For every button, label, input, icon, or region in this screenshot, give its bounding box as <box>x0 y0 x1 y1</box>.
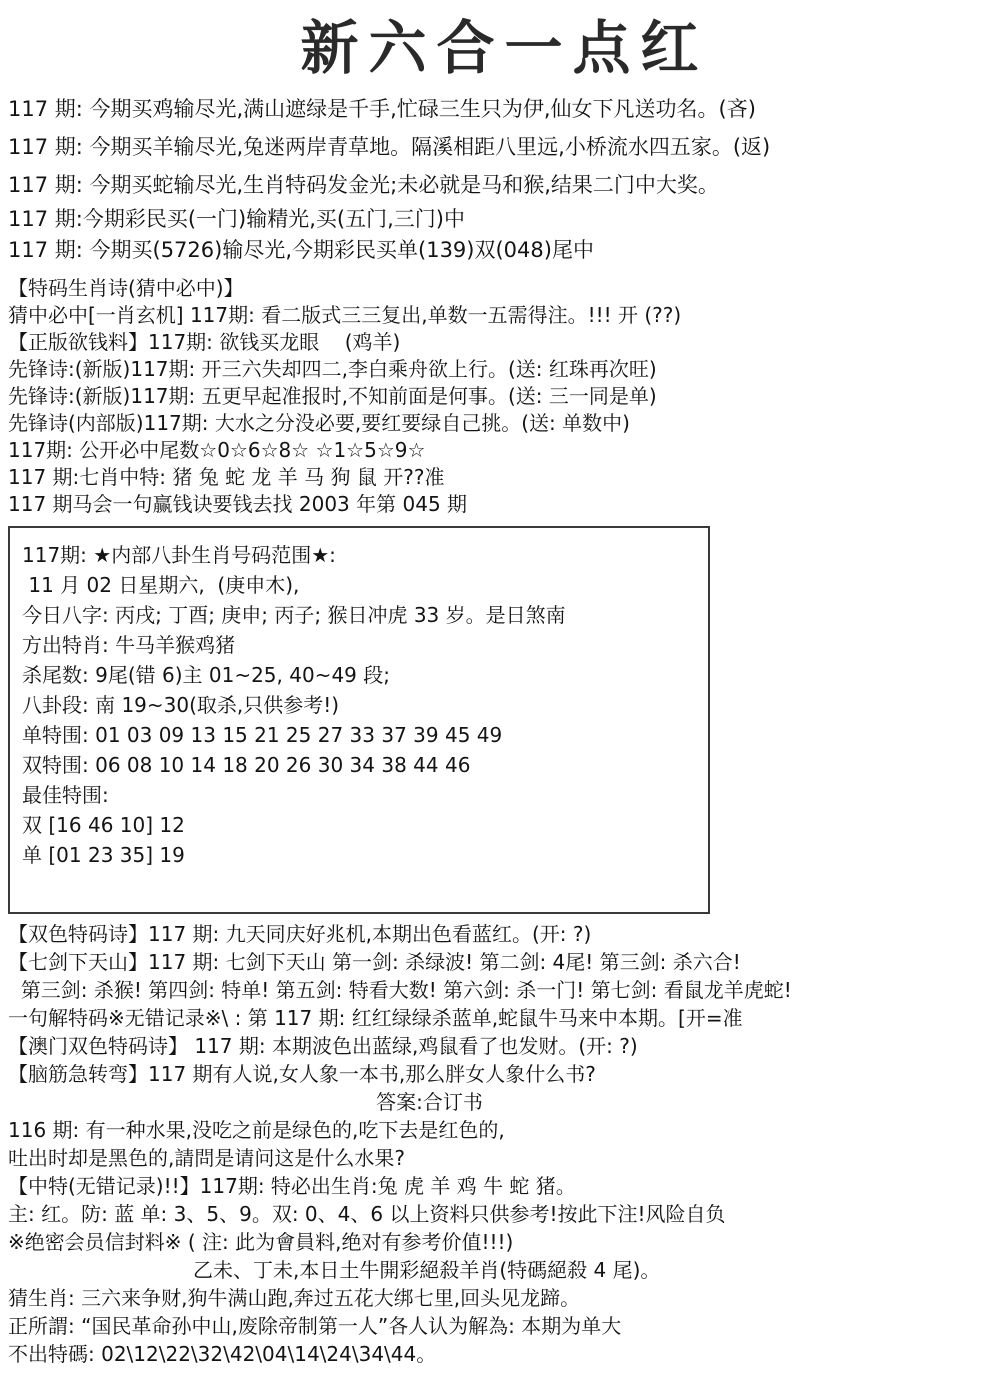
excluded-numbers-line: 不出特碼: 02\12\22\32\42\04\14\24\34\44。 <box>8 1340 1001 1368</box>
section-header-shengxiao-poem: 【特码生肖诗(猜中必中)】 <box>8 275 1001 302</box>
seven-zodiac-line: 117 期:七肖中特: 猪 兔 蛇 龙 羊 马 狗 鼠 开??准 <box>8 464 1001 491</box>
macau-two-color-line: 【澳门双色特码诗】 117 期: 本期波色出蓝绿,鸡鼠看了也发财。(开: ?) <box>8 1032 1001 1060</box>
yuqian-line: 【正版欲钱料】117期: 欲钱买龙眼 (鸡羊) <box>8 329 1001 356</box>
xianfeng-poem-line-3: 先锋诗(内部版)117期: 大水之分没必要,要红要绿自己挑。(送: 单数中) <box>8 410 1001 437</box>
tail-numbers-line: 117期: 公开必中尾数☆0☆6☆8☆ ☆1☆5☆9☆ <box>8 437 1001 464</box>
box-texiao-line: 方出特肖: 牛马羊猴鸡猪 <box>22 630 698 660</box>
seven-swords-line-1: 【七剑下天山】117 期: 七剑下天山 第一剑: 杀绿波! 第二剑: 4尾! 第… <box>8 948 1001 976</box>
poem-line-gates: 117 期:今期彩民买(一门)输精光,买(五门,三门)中 <box>8 204 1001 235</box>
tips-section: 【特码生肖诗(猜中必中)】 猜中必中[一肖玄机] 117期: 看二版式三三复出,… <box>8 275 1001 518</box>
brain-teaser-question-116-part1: 116 期: 有一种水果,没吃之前是绿色的,吃下去是红色的, <box>8 1116 1001 1144</box>
box-baguaduan-line: 八卦段: 南 19~30(取杀,只供参考!) <box>22 690 698 720</box>
xianfeng-poem-line-2: 先锋诗:(新版)117期: 五更早起准报时,不知前面是何事。(送: 三一同是单) <box>8 383 1001 410</box>
member-envelope-line: ※绝密会员信封料※ ( 注: 此为會員料,绝对有参考价值!!!) <box>8 1228 1001 1256</box>
jueSha-line: 乙未、丁未,本日土牛開彩絕殺羊肖(特碼絕殺 4 尾)。 <box>8 1256 1001 1284</box>
brain-teaser-question-117: 【脑筋急转弯】117 期有人说,女人象一本书,那么胖女人象什么书? <box>8 1060 1001 1088</box>
mahui-line: 117 期马会一句赢钱诀要钱去找 2003 年第 045 期 <box>8 491 1001 518</box>
xianfeng-poem-line-1: 先锋诗:(新版)117期: 开三六失却四二,李白乘舟欲上行。(送: 红珠再次旺) <box>8 356 1001 383</box>
bagua-info-box: 117期: ★内部八卦生肖号码范围★: 11 月 02 日星期六, (庚申木),… <box>8 526 710 914</box>
main-defense-line: 主: 红。防: 蓝 单: 3、5、9。双: 0、4、6 以上资料只供参考!按此下… <box>8 1200 1001 1228</box>
seven-swords-line-2: 第三剑: 杀猴! 第四剑: 特单! 第五剑: 特看大数! 第六剑: 杀一门! 第… <box>8 976 1001 1004</box>
brain-teaser-answer: 答案:合订书 <box>8 1088 1001 1116</box>
box-even-range-line: 双特围: 06 08 10 14 18 20 26 30 34 38 44 46 <box>22 750 698 780</box>
poem-line-goat: 117 期: 今期买羊输尽光,兔迷两岸青草地。隔溪相距八里远,小桥流水四五家。(… <box>8 128 1001 166</box>
one-sentence-line: 一句解特码※无错记录※\ : 第 117 期: 红红绿绿杀蓝单,蛇鼠牛马来中本期… <box>8 1004 1001 1032</box>
bottom-section: 【双色特码诗】117 期: 九天同庆好兆机,本期出色看蓝红。(开: ?) 【七剑… <box>8 920 1001 1368</box>
box-shaweishu-line: 杀尾数: 9尾(错 6)主 01~25, 40~49 段; <box>22 660 698 690</box>
poem-section-gates: 117 期:今期彩民买(一门)输精光,买(五门,三门)中 117 期: 今期买(… <box>8 204 1001 266</box>
zhongte-record-line: 【中特(无错记录)!!】117期: 特必出生肖:兔 虎 羊 鸡 牛 蛇 猪。 <box>8 1172 1001 1200</box>
brain-teaser-question-116-part2: 吐出时却是黑色的,請問是请问这是什么水果? <box>8 1144 1001 1172</box>
poem-line-chicken: 117 期: 今期买鸡输尽光,满山遮绿是千手,忙碌三生只为伊,仙女下凡送功名。(… <box>8 90 1001 128</box>
box-best-range-label: 最佳特围: <box>22 780 698 810</box>
poem-line-numbers: 117 期: 今期买(5726)输尽光,今期彩民买单(139)双(048)尾中 <box>8 235 1001 266</box>
box-date-line: 11 月 02 日星期六, (庚申木), <box>22 570 698 600</box>
shengxiao-hint-line: 猜中必中[一肖玄机] 117期: 看二版式三三复出,单数一五需得注。!!! 开 … <box>8 302 1001 329</box>
box-best-even-line: 双 [16 46 10] 12 <box>22 810 698 840</box>
box-odd-range-line: 单特围: 01 03 09 13 15 21 25 27 33 37 39 45… <box>22 720 698 750</box>
box-best-odd-line: 单 [01 23 35] 19 <box>22 840 698 870</box>
page-title: 新六合一点红 <box>8 6 1001 90</box>
guess-zodiac-line: 猜生肖: 三六来争财,狗牛满山跑,奔过五花大绑七里,回头见龙蹄。 <box>8 1284 1001 1312</box>
quote-line: 正所謂: “国民革命孙中山,废除帝制第一人”各人认为解為: 本期为单大 <box>8 1312 1001 1340</box>
lottery-tip-sheet: 新六合一点红 117 期: 今期买鸡输尽光,满山遮绿是千手,忙碌三生只为伊,仙女… <box>0 0 1005 1388</box>
box-header-line: 117期: ★内部八卦生肖号码范围★: <box>22 540 698 570</box>
poem-line-snake: 117 期: 今期买蛇输尽光,生肖特码发金光;未必就是马和猴,结果二门中大奖。 <box>8 166 1001 204</box>
poem-section-zodiac: 117 期: 今期买鸡输尽光,满山遮绿是千手,忙碌三生只为伊,仙女下凡送功名。(… <box>8 90 1001 204</box>
two-color-poem-line: 【双色特码诗】117 期: 九天同庆好兆机,本期出色看蓝红。(开: ?) <box>8 920 1001 948</box>
box-bazi-line: 今日八字: 丙戌; 丁酉; 庚申; 丙子; 猴日冲虎 33 岁。是日煞南 <box>22 600 698 630</box>
